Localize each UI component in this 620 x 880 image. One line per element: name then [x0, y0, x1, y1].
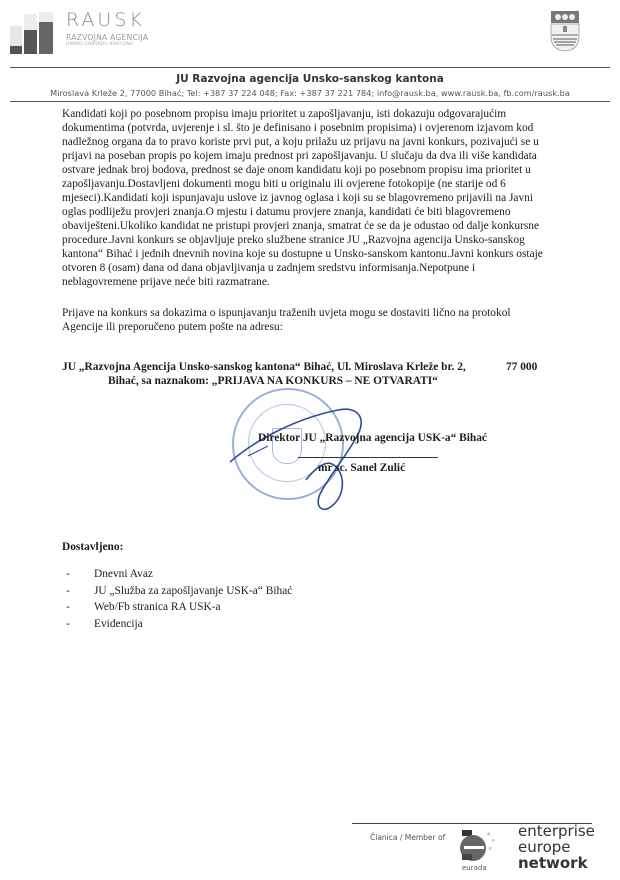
list-item: -Web/Fb stranica RA USK-a — [62, 599, 292, 616]
address-line-2: Bihać, sa naznakom: „PRIJAVA NA KONKURS … — [108, 374, 438, 388]
enterprise-europe-network-logo: enterprise europe network — [518, 823, 595, 871]
director-title: Direktor JU „Razvojna agencija USK-a“ Bi… — [258, 432, 558, 444]
list-item: -Evidencija — [62, 616, 292, 633]
header-divider-top — [10, 67, 610, 68]
rausk-logo: RAUSK RAZVOJNA AGENCIJA UNSKO-SANSKOG KA… — [66, 10, 148, 48]
header-divider-bottom — [10, 101, 610, 102]
logo-subtitle: RAZVOJNA AGENCIJA — [66, 33, 148, 42]
eurada-logo: ★ ★ ★ eurada — [458, 826, 498, 876]
signature-line — [298, 457, 438, 458]
paragraph-priority-candidates: Kandidati koji po posebnom propisu imaju… — [62, 107, 550, 289]
mailing-address: JU „Razvojna Agencija Unsko-sanskog kant… — [62, 360, 550, 390]
coat-of-arms-icon — [550, 10, 580, 52]
eurada-e-icon: ★ ★ ★ — [458, 826, 498, 864]
svg-text:★: ★ — [486, 831, 491, 838]
rausk-logo-icon — [10, 12, 58, 54]
paragraph-application-delivery: Prijave na konkurs sa dokazima o ispunja… — [62, 306, 550, 334]
director-name: mr sc. Sanel Zulić — [318, 462, 405, 474]
member-of-text: Članica / Member of — [370, 833, 445, 842]
org-title: JU Razvojna agencija Unsko-sanskog kanto… — [0, 73, 620, 85]
eurada-label: eurada — [462, 864, 487, 872]
svg-text:★: ★ — [491, 838, 496, 844]
logo-name: RAUSK — [66, 10, 148, 30]
address-zip: 77 000 — [506, 360, 537, 374]
svg-text:★: ★ — [488, 846, 493, 852]
org-contact-line: Miroslava Krleže 2, 77000 Bihać; Tel: +3… — [0, 88, 620, 98]
list-item: -Dnevni Avaz — [62, 566, 292, 583]
logo-subtitle-2: UNSKO-SANSKOG KANTONA — [66, 42, 148, 48]
distribution-label: Dostavljeno: — [62, 541, 123, 553]
address-line-1: JU „Razvojna Agencija Unsko-sanskog kant… — [62, 360, 466, 374]
list-item: -JU „Služba za zapošljavanje USK-a“ Biha… — [62, 583, 292, 600]
distribution-list: -Dnevni Avaz -JU „Služba za zapošljavanj… — [62, 566, 292, 632]
